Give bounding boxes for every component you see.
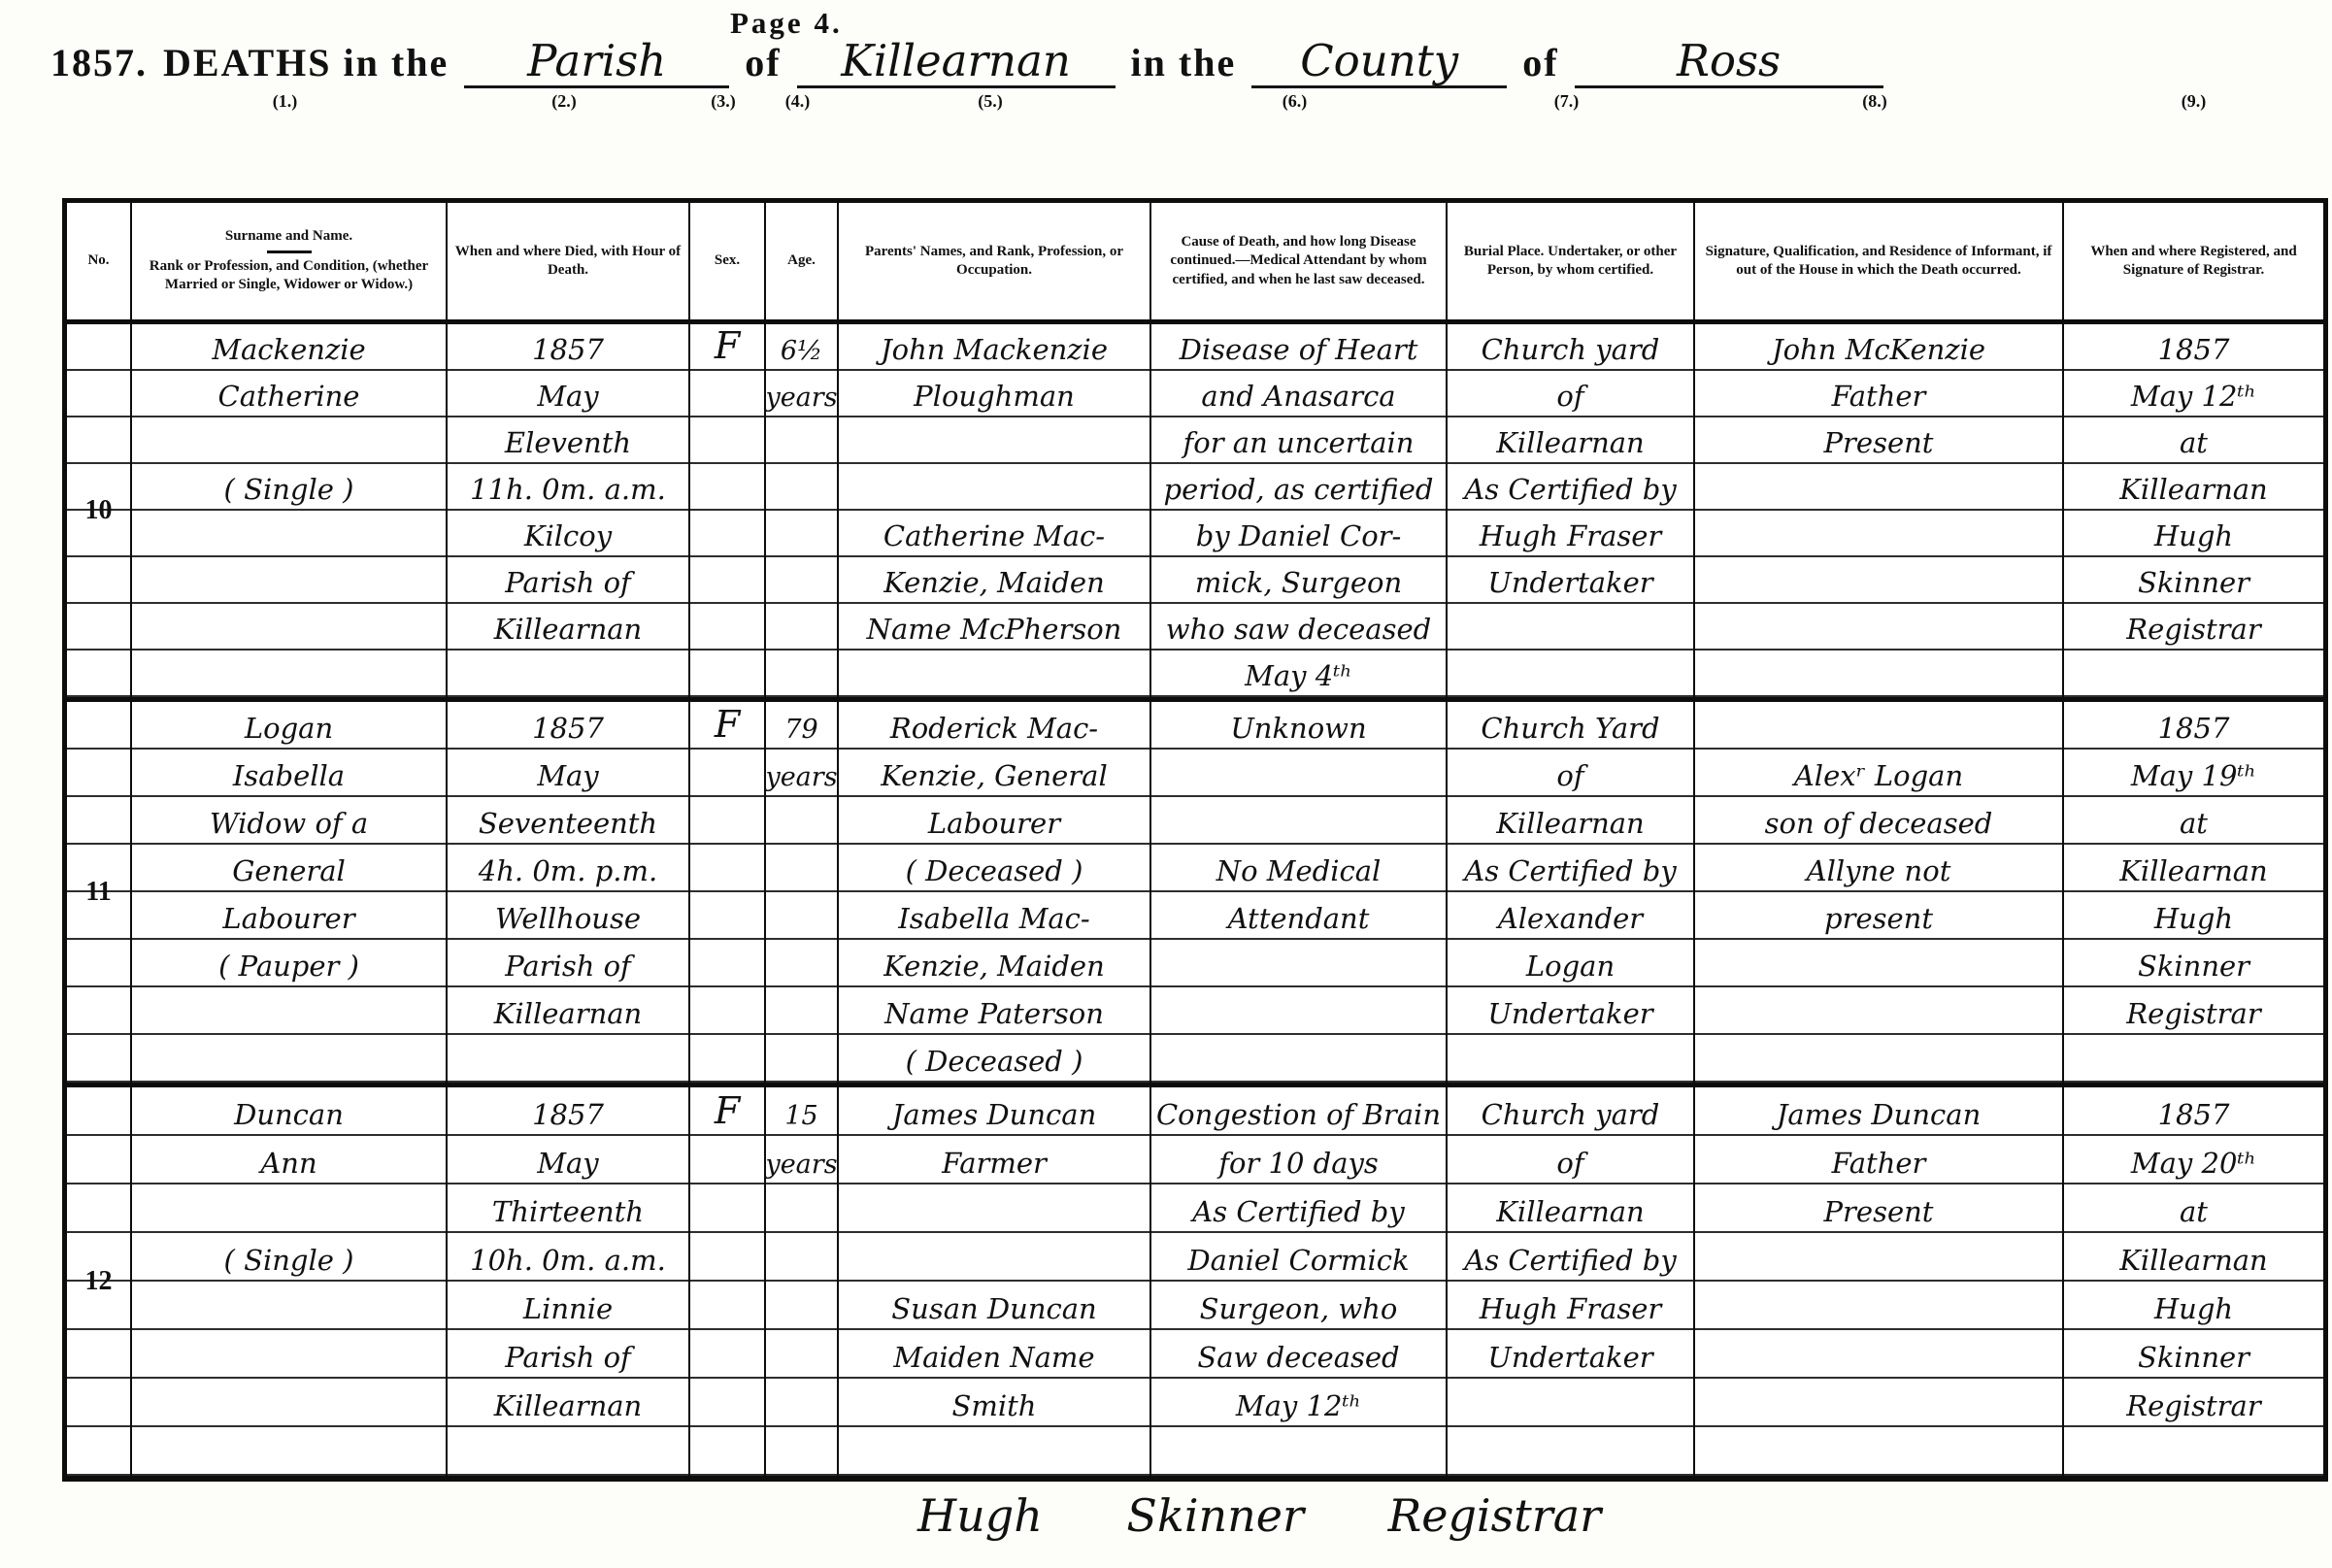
row-11-informant-line-8 [1695, 1035, 2062, 1083]
column-number-3: (3.) [685, 91, 761, 112]
table-header-row: No. Surname and Name. Rank or Profession… [67, 203, 2323, 324]
row-12-age-line-1: 15 [766, 1087, 837, 1136]
row-10-informant-line-7 [1695, 604, 2062, 651]
register-row-12: 12DuncanAnn( Single )1857MayThirteenth10… [67, 1083, 2323, 1476]
row-12-name-line-8 [132, 1427, 446, 1476]
title-in-the: in the [1131, 40, 1237, 85]
row-10-burial-line-6: Undertaker [1448, 557, 1693, 604]
row-10-cause-line-6: mick, Surgeon [1151, 557, 1446, 604]
row-11-informant-line-1 [1695, 702, 2062, 750]
col-header-name-bottom: Rank or Profession, and Condition, (whet… [139, 257, 439, 295]
row-11-registered-line-5: Hugh [2064, 892, 2323, 940]
row-12-died-line-7: Killearnan [448, 1379, 688, 1427]
row-10-name-line-4: ( Single ) [132, 464, 446, 511]
row-11-cause-cell: UnknownNo MedicalAttendant [1151, 702, 1448, 1083]
row-12-died-line-2: May [448, 1136, 688, 1184]
row-12-name-line-5 [132, 1282, 446, 1330]
row-10-informant-line-3: Present [1695, 417, 2062, 464]
row-10-age-line-7 [766, 604, 837, 651]
row-11-age-line-8 [766, 1035, 837, 1083]
row-11-informant-line-2: Alexʳ Logan [1695, 750, 2062, 797]
row-11-died-line-8 [448, 1035, 688, 1083]
row-10-burial-line-4: As Certified by [1448, 464, 1693, 511]
row-11-sex-cell: F [690, 702, 766, 1083]
row-12-informant-line-1: James Duncan [1695, 1087, 2062, 1136]
row-12-parents-line-1: James Duncan [839, 1087, 1149, 1136]
row-12-age-line-2: years [766, 1136, 837, 1184]
row-10-informant-line-8 [1695, 651, 2062, 697]
row-11-name-line-4: General [132, 845, 446, 892]
row-11-cause-line-4: No Medical [1151, 845, 1446, 892]
row-10-name-cell: MackenzieCatherine( Single ) [132, 324, 448, 697]
row-12-cause-line-8 [1151, 1427, 1446, 1476]
row-11-burial-line-4: As Certified by [1448, 845, 1693, 892]
row-11-name-line-3: Widow of a [132, 797, 446, 845]
row-11-parents-line-4: ( Deceased ) [839, 845, 1149, 892]
row-12-age-cell: 15years [766, 1087, 839, 1476]
row-12-parents-line-8 [839, 1427, 1149, 1476]
row-11-informant-line-4: Allyne not [1695, 845, 2062, 892]
row-12-age-line-8 [766, 1427, 837, 1476]
column-number-9: (9.) [2059, 91, 2328, 112]
title-of-1: of [745, 40, 781, 85]
row-11-age-line-3 [766, 797, 837, 845]
row-10-name-line-7 [132, 604, 446, 651]
row-12-registered-line-4: Killearnan [2064, 1233, 2323, 1282]
row-12-burial-line-1: Church yard [1448, 1087, 1693, 1136]
row-10-burial-line-8 [1448, 651, 1693, 697]
row-12-cause-line-7: May 12ᵗʰ [1151, 1379, 1446, 1427]
row-12-registered-line-7: Registrar [2064, 1379, 2323, 1427]
row-10-age-line-8 [766, 651, 837, 697]
header-divider-rule [267, 250, 312, 253]
row-12-name-line-4: ( Single ) [132, 1233, 446, 1282]
row-10-informant-line-4 [1695, 464, 2062, 511]
column-number-6: (6.) [1147, 91, 1443, 112]
row-12-name-line-2: Ann [132, 1136, 446, 1184]
row-11-name-line-7 [132, 987, 446, 1035]
row-12-sex-line-6 [690, 1330, 764, 1379]
row-11-parents-cell: Roderick Mac-Kenzie, GeneralLabourer( De… [839, 702, 1151, 1083]
row-12-sex-line-3 [690, 1184, 764, 1233]
row-10-age-line-6 [766, 557, 837, 604]
row-11-name-line-2: Isabella [132, 750, 446, 797]
row-10-died-line-5: Kilcoy [448, 511, 688, 557]
row-12-died-line-5: Linnie [448, 1282, 688, 1330]
row-12-informant-line-8 [1695, 1427, 2062, 1476]
title-parish-word: Parish [464, 39, 729, 88]
row-11-registered-line-7: Registrar [2064, 987, 2323, 1035]
row-11-age-line-5 [766, 892, 837, 940]
row-12-age-line-6 [766, 1330, 837, 1379]
row-12-informant-line-4 [1695, 1233, 2062, 1282]
row-12-parents-line-6: Maiden Name [839, 1330, 1149, 1379]
row-11-age-line-2: years [766, 750, 837, 797]
row-12-died-line-8 [448, 1427, 688, 1476]
row-10-registered-line-6: Skinner [2064, 557, 2323, 604]
row-12-parents-line-7: Smith [839, 1379, 1149, 1427]
col-header-informant: Signature, Qualification, and Residence … [1695, 203, 2064, 319]
table-body: 10MackenzieCatherine( Single )1857MayEle… [67, 324, 2323, 1476]
row-10-sex-line-6 [690, 557, 764, 604]
row-12-parents-line-2: Farmer [839, 1136, 1149, 1184]
row-10-age-line-5 [766, 511, 837, 557]
row-10-died-line-7: Killearnan [448, 604, 688, 651]
row-10-cause-cell: Disease of Heartand Anasarcafor an uncer… [1151, 324, 1448, 697]
row-10-no-cell: 10 [67, 324, 132, 697]
row-10-informant-line-6 [1695, 557, 2062, 604]
row-10-cause-line-5: by Daniel Cor- [1151, 511, 1446, 557]
col-header-sex: Sex. [690, 203, 766, 319]
register-title: 1857. DEATHS in the Parish of Killearnan… [50, 39, 1883, 88]
col-header-cause: Cause of Death, and how long Disease con… [1151, 203, 1448, 319]
row-11-cause-line-5: Attendant [1151, 892, 1446, 940]
row-11-name-line-8 [132, 1035, 446, 1083]
row-10-informant-line-5 [1695, 511, 2062, 557]
column-number-2: (2.) [443, 91, 685, 112]
row-11-name-cell: LoganIsabellaWidow of aGeneralLabourer( … [132, 702, 448, 1083]
row-11-died-line-2: May [448, 750, 688, 797]
row-10-died-cell: 1857MayEleventh11h. 0m. a.m.KilcoyParish… [448, 324, 690, 697]
row-11-burial-line-3: Killearnan [1448, 797, 1693, 845]
row-11-registered-line-6: Skinner [2064, 940, 2323, 987]
row-12-cause-line-6: Saw deceased [1151, 1330, 1446, 1379]
row-11-informant-line-5: present [1695, 892, 2062, 940]
row-12-registered-line-2: May 20ᵗʰ [2064, 1136, 2323, 1184]
row-12-burial-line-7 [1448, 1379, 1693, 1427]
row-10-sex-line-7 [690, 604, 764, 651]
row-10-burial-line-1: Church yard [1448, 324, 1693, 371]
row-10-burial-cell: Church yardofKillearnanAs Certified byHu… [1448, 324, 1695, 697]
row-12-cause-cell: Congestion of Brainfor 10 daysAs Certifi… [1151, 1087, 1448, 1476]
row-12-informant-line-2: Father [1695, 1136, 2062, 1184]
row-11-registered-line-8 [2064, 1035, 2323, 1083]
col-header-name: Surname and Name. Rank or Profession, an… [132, 203, 448, 319]
row-12-informant-cell: James DuncanFatherPresent [1695, 1087, 2064, 1476]
row-11-burial-line-5: Alexander [1448, 892, 1693, 940]
entry-number: 10 [85, 495, 113, 526]
row-10-died-line-8 [448, 651, 688, 697]
row-10-sex-line-8 [690, 651, 764, 697]
row-10-parents-line-2: Ploughman [839, 371, 1149, 417]
page-number-label: Page 4. [730, 6, 843, 41]
row-10-registered-line-7: Registrar [2064, 604, 2323, 651]
row-11-sex-line-7 [690, 987, 764, 1035]
row-12-died-line-4: 10h. 0m. a.m. [448, 1233, 688, 1282]
row-12-cause-line-2: for 10 days [1151, 1136, 1446, 1184]
row-12-informant-line-3: Present [1695, 1184, 2062, 1233]
row-10-age-line-2: years [766, 371, 837, 417]
row-12-name-line-1: Duncan [132, 1087, 446, 1136]
row-11-cause-line-6 [1151, 940, 1446, 987]
row-12-parents-line-4 [839, 1233, 1149, 1282]
row-10-name-line-6 [132, 557, 446, 604]
row-10-informant-line-2: Father [1695, 371, 2062, 417]
row-11-no-cell: 11 [67, 702, 132, 1083]
row-10-name-line-3 [132, 417, 446, 464]
row-10-died-line-1: 1857 [448, 324, 688, 371]
row-10-registered-line-8 [2064, 651, 2323, 697]
row-11-parents-line-1: Roderick Mac- [839, 702, 1149, 750]
row-12-died-cell: 1857MayThirteenth10h. 0m. a.m.LinniePari… [448, 1087, 690, 1476]
row-11-sex-line-2 [690, 750, 764, 797]
row-10-died-line-4: 11h. 0m. a.m. [448, 464, 688, 511]
row-11-cause-line-7 [1151, 987, 1446, 1035]
row-12-burial-line-8 [1448, 1427, 1693, 1476]
row-12-informant-line-7 [1695, 1379, 2062, 1427]
row-11-burial-line-2: of [1448, 750, 1693, 797]
row-10-cause-line-7: who saw deceased [1151, 604, 1446, 651]
row-11-informant-line-3: son of deceased [1695, 797, 2062, 845]
row-11-informant-line-7 [1695, 987, 2062, 1035]
row-10-parents-line-3 [839, 417, 1149, 464]
row-11-parents-line-7: Name Paterson [839, 987, 1149, 1035]
row-10-registered-line-4: Killearnan [2064, 464, 2323, 511]
row-11-registered-cell: 1857May 19ᵗʰatKillearnanHughSkinnerRegis… [2064, 702, 2323, 1083]
row-11-cause-line-3 [1151, 797, 1446, 845]
row-12-name-line-6 [132, 1330, 446, 1379]
row-12-age-line-5 [766, 1282, 837, 1330]
row-11-died-line-3: Seventeenth [448, 797, 688, 845]
row-12-died-line-1: 1857 [448, 1087, 688, 1136]
row-12-cause-line-1: Congestion of Brain [1151, 1087, 1446, 1136]
row-12-died-line-3: Thirteenth [448, 1184, 688, 1233]
title-county-word: County [1251, 39, 1507, 88]
row-10-informant-line-1: John McKenzie [1695, 324, 2062, 371]
row-12-cause-line-4: Daniel Cormick [1151, 1233, 1446, 1282]
death-register-table: No. Surname and Name. Rank or Profession… [62, 198, 2328, 1482]
row-12-sex-line-4 [690, 1233, 764, 1282]
row-11-died-line-1: 1857 [448, 702, 688, 750]
row-12-parents-cell: James DuncanFarmerSusan DuncanMaiden Nam… [839, 1087, 1151, 1476]
row-10-cause-line-3: for an uncertain [1151, 417, 1446, 464]
row-11-name-line-1: Logan [132, 702, 446, 750]
row-10-burial-line-7 [1448, 604, 1693, 651]
row-11-age-line-4 [766, 845, 837, 892]
death-register-page: Page 4. 1857. DEATHS in the Parish of Ki… [0, 0, 2332, 1568]
row-11-informant-cell: Alexʳ Loganson of deceasedAllyne notpres… [1695, 702, 2064, 1083]
col-header-parents: Parents' Names, and Rank, Profession, or… [839, 203, 1151, 319]
row-11-name-line-6: ( Pauper ) [132, 940, 446, 987]
row-12-parents-line-3 [839, 1184, 1149, 1233]
row-12-no-cell: 12 [67, 1087, 132, 1476]
row-12-cause-line-5: Surgeon, who [1151, 1282, 1446, 1330]
row-11-parents-line-3: Labourer [839, 797, 1149, 845]
row-10-sex-line-3 [690, 417, 764, 464]
row-10-cause-line-4: period, as certified [1151, 464, 1446, 511]
row-10-parents-line-7: Name McPherson [839, 604, 1149, 651]
column-number-spacer [62, 91, 127, 112]
row-12-burial-line-2: of [1448, 1136, 1693, 1184]
column-number-7: (7.) [1443, 91, 1690, 112]
row-12-name-line-3 [132, 1184, 446, 1233]
row-10-died-line-2: May [448, 371, 688, 417]
row-11-registered-line-2: May 19ᵗʰ [2064, 750, 2323, 797]
row-10-sex-cell: F [690, 324, 766, 697]
row-11-burial-line-6: Logan [1448, 940, 1693, 987]
row-11-parents-line-8: ( Deceased ) [839, 1035, 1149, 1083]
row-12-sex-line-1: F [690, 1087, 764, 1136]
row-12-age-line-3 [766, 1184, 837, 1233]
row-10-sex-line-5 [690, 511, 764, 557]
row-11-age-cell: 79years [766, 702, 839, 1083]
col-header-died: When and where Died, with Hour of Death. [448, 203, 690, 319]
row-12-informant-line-6 [1695, 1330, 2062, 1379]
row-10-parents-cell: John MackenziePloughmanCatherine Mac-Ken… [839, 324, 1151, 697]
title-county-name: Ross [1575, 39, 1883, 88]
row-11-sex-line-3 [690, 797, 764, 845]
column-number-8: (8.) [1690, 91, 2059, 112]
row-10-cause-line-2: and Anasarca [1151, 371, 1446, 417]
row-11-sex-line-1: F [690, 702, 764, 750]
row-12-cause-line-3: As Certified by [1151, 1184, 1446, 1233]
row-10-died-line-6: Parish of [448, 557, 688, 604]
row-10-registered-line-5: Hugh [2064, 511, 2323, 557]
row-11-age-line-1: 79 [766, 702, 837, 750]
register-row-11: 11LoganIsabellaWidow of aGeneralLabourer… [67, 697, 2323, 1083]
row-10-cause-line-8: May 4ᵗʰ [1151, 651, 1446, 697]
row-10-age-cell: 6½years [766, 324, 839, 697]
row-10-burial-line-3: Killearnan [1448, 417, 1693, 464]
row-11-cause-line-8 [1151, 1035, 1446, 1083]
row-11-died-line-6: Parish of [448, 940, 688, 987]
row-12-registered-line-8 [2064, 1427, 2323, 1476]
row-11-informant-line-6 [1695, 940, 2062, 987]
title-parish-name: Killearnan [797, 39, 1116, 88]
row-10-sex-line-1: F [690, 324, 764, 371]
row-12-sex-cell: F [690, 1087, 766, 1476]
row-10-registered-line-3: at [2064, 417, 2323, 464]
row-10-name-line-2: Catherine [132, 371, 446, 417]
row-11-parents-line-2: Kenzie, General [839, 750, 1149, 797]
row-11-cause-line-1: Unknown [1151, 702, 1446, 750]
row-12-burial-line-6: Undertaker [1448, 1330, 1693, 1379]
row-12-registered-line-6: Skinner [2064, 1330, 2323, 1379]
row-12-died-line-6: Parish of [448, 1330, 688, 1379]
column-number-4: (4.) [761, 91, 834, 112]
row-11-sex-line-5 [690, 892, 764, 940]
row-12-burial-line-4: As Certified by [1448, 1233, 1693, 1282]
row-11-burial-line-1: Church Yard [1448, 702, 1693, 750]
row-12-name-line-7 [132, 1379, 446, 1427]
title-of-2: of [1522, 40, 1558, 85]
row-10-informant-cell: John McKenzieFatherPresent [1695, 324, 2064, 697]
row-10-age-line-3 [766, 417, 837, 464]
col-header-no: No. [67, 203, 132, 319]
row-11-name-line-5: Labourer [132, 892, 446, 940]
register-row-10: 10MackenzieCatherine( Single )1857MayEle… [67, 324, 2323, 697]
row-12-age-line-7 [766, 1379, 837, 1427]
row-11-died-cell: 1857MaySeventeenth4h. 0m. p.m.WellhouseP… [448, 702, 690, 1083]
column-number-1: (1.) [127, 91, 443, 112]
row-11-cause-line-2 [1151, 750, 1446, 797]
row-11-burial-line-7: Undertaker [1448, 987, 1693, 1035]
row-10-registered-line-2: May 12ᵗʰ [2064, 371, 2323, 417]
row-10-registered-cell: 1857May 12ᵗʰatKillearnanHughSkinnerRegis… [2064, 324, 2323, 697]
row-10-burial-line-2: of [1448, 371, 1693, 417]
row-11-registered-line-1: 1857 [2064, 702, 2323, 750]
row-10-burial-line-5: Hugh Fraser [1448, 511, 1693, 557]
row-10-parents-line-4 [839, 464, 1149, 511]
row-12-sex-line-2 [690, 1136, 764, 1184]
entry-number: 12 [85, 1266, 113, 1297]
row-12-burial-line-3: Killearnan [1448, 1184, 1693, 1233]
registrar-signature: Hugh Skinner Registrar [917, 1489, 1601, 1542]
row-11-burial-cell: Church YardofKillearnanAs Certified byAl… [1448, 702, 1695, 1083]
row-12-registered-line-1: 1857 [2064, 1087, 2323, 1136]
col-header-burial: Burial Place. Undertaker, or other Perso… [1448, 203, 1695, 319]
title-year: 1857. [50, 40, 148, 85]
row-10-parents-line-1: John Mackenzie [839, 324, 1149, 371]
row-11-registered-line-3: at [2064, 797, 2323, 845]
row-12-name-cell: DuncanAnn( Single ) [132, 1087, 448, 1476]
row-11-parents-line-6: Kenzie, Maiden [839, 940, 1149, 987]
row-10-sex-line-2 [690, 371, 764, 417]
row-10-age-line-1: 6½ [766, 324, 837, 371]
row-11-age-line-6 [766, 940, 837, 987]
row-12-sex-line-8 [690, 1427, 764, 1476]
row-10-sex-line-4 [690, 464, 764, 511]
col-header-registered: When and where Registered, and Signature… [2064, 203, 2323, 319]
col-header-name-top: Surname and Name. [225, 227, 352, 247]
row-11-died-line-5: Wellhouse [448, 892, 688, 940]
row-11-sex-line-8 [690, 1035, 764, 1083]
row-10-parents-line-8 [839, 651, 1149, 697]
row-11-sex-line-4 [690, 845, 764, 892]
row-10-age-line-4 [766, 464, 837, 511]
row-10-name-line-5 [132, 511, 446, 557]
row-12-informant-line-5 [1695, 1282, 2062, 1330]
row-12-registered-line-5: Hugh [2064, 1282, 2323, 1330]
row-11-parents-line-5: Isabella Mac- [839, 892, 1149, 940]
col-header-age: Age. [766, 203, 839, 319]
row-11-registered-line-4: Killearnan [2064, 845, 2323, 892]
row-10-cause-line-1: Disease of Heart [1151, 324, 1446, 371]
title-deaths-label: DEATHS in the [163, 40, 449, 85]
row-11-died-line-7: Killearnan [448, 987, 688, 1035]
column-number-5: (5.) [834, 91, 1147, 112]
row-10-name-line-8 [132, 651, 446, 697]
row-12-registered-line-3: at [2064, 1184, 2323, 1233]
row-10-died-line-3: Eleventh [448, 417, 688, 464]
row-11-age-line-7 [766, 987, 837, 1035]
row-11-sex-line-6 [690, 940, 764, 987]
row-10-registered-line-1: 1857 [2064, 324, 2323, 371]
row-12-sex-line-7 [690, 1379, 764, 1427]
row-12-sex-line-5 [690, 1282, 764, 1330]
column-number-row: (1.) (2.) (3.) (4.) (5.) (6.) (7.) (8.) … [62, 91, 2328, 112]
row-12-age-line-4 [766, 1233, 837, 1282]
row-12-registered-cell: 1857May 20ᵗʰatKillearnanHughSkinnerRegis… [2064, 1087, 2323, 1476]
row-12-burial-cell: Church yardofKillearnanAs Certified byHu… [1448, 1087, 1695, 1476]
row-10-parents-line-6: Kenzie, Maiden [839, 557, 1149, 604]
row-10-parents-line-5: Catherine Mac- [839, 511, 1149, 557]
row-12-parents-line-5: Susan Duncan [839, 1282, 1149, 1330]
row-10-name-line-1: Mackenzie [132, 324, 446, 371]
row-11-burial-line-8 [1448, 1035, 1693, 1083]
entry-number: 11 [85, 877, 111, 908]
row-12-burial-line-5: Hugh Fraser [1448, 1282, 1693, 1330]
row-11-died-line-4: 4h. 0m. p.m. [448, 845, 688, 892]
